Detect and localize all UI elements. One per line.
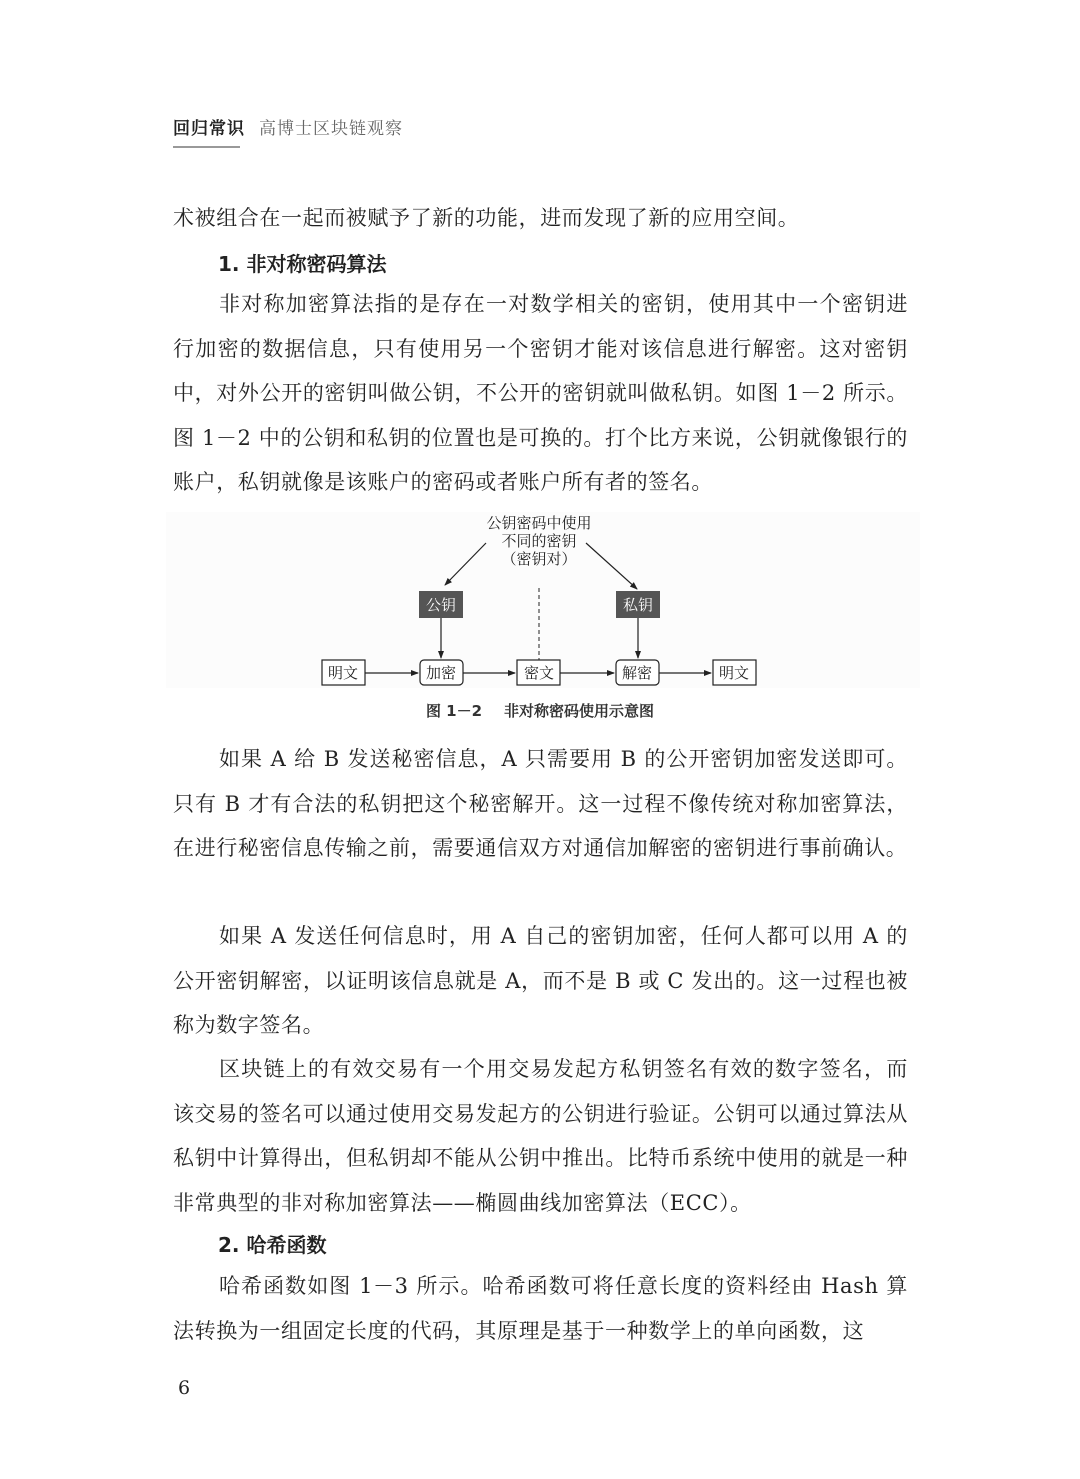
paragraph-digital-signature: 如果 A 发送任何信息时，用 A 自己的密钥加密，任何人都可以用 A 的公开密钥… [173,914,908,1048]
series-title: 高博士区块链观察 [259,119,403,139]
flow-label-1: 加密 [426,664,456,682]
paragraph-a-to-b: 如果 A 给 B 发送秘密信息，A 只需要用 B 的公开密钥加密发送即可。只有 … [173,737,908,871]
flow-label-3: 解密 [622,664,652,682]
paragraph-continuation: 术被组合在一起而被赋予了新的功能，进而发现了新的应用空间。 [173,196,908,241]
flow-label-2: 密文 [524,664,554,682]
top-label-line2: 不同的密钥 [501,532,576,550]
page-number: 6 [178,1377,190,1399]
flow-label-0: 明文 [328,664,358,682]
private-key-label: 私钥 [623,596,653,614]
paragraph-hash-intro: 哈希函数如图 1－3 所示。哈希函数可将任意长度的资料经由 Hash 算法转换为… [173,1264,908,1353]
top-label-line1: 公钥密码中使用 [486,514,591,532]
public-key-label: 公钥 [426,596,456,614]
figure-number: 图 1－2 [426,702,482,720]
header-rule [173,146,240,148]
diagram: 公钥密码中使用 不同的密钥 （密钥对） 公钥 私钥 明文 加密 密文 解密 明文 [166,512,920,688]
figure-title: 非对称密码使用示意图 [504,702,654,720]
section-heading-hash: 2. 哈希函数 [218,1229,326,1258]
book-title: 回归常识 [173,119,245,139]
paragraph-asymmetric-intro: 非对称加密算法指的是存在一对数学相关的密钥，使用其中一个密钥进行加密的数据信息，… [173,282,908,505]
section-heading-asymmetric: 1. 非对称密码算法 [218,248,386,277]
figure-caption: 图 1－2非对称密码使用示意图 [0,700,1080,721]
flow-label-4: 明文 [719,664,749,682]
paragraph-blockchain-tx: 区块链上的有效交易有一个用交易发起方私钥签名有效的数字签名，而该交易的签名可以通… [173,1047,908,1225]
figure-asymmetric-crypto: 公钥密码中使用 不同的密钥 （密钥对） 公钥 私钥 明文 加密 密文 解密 明文 [166,512,920,688]
top-label-line3: （密钥对） [501,550,576,568]
running-header: 回归常识高博士区块链观察 [173,114,403,139]
